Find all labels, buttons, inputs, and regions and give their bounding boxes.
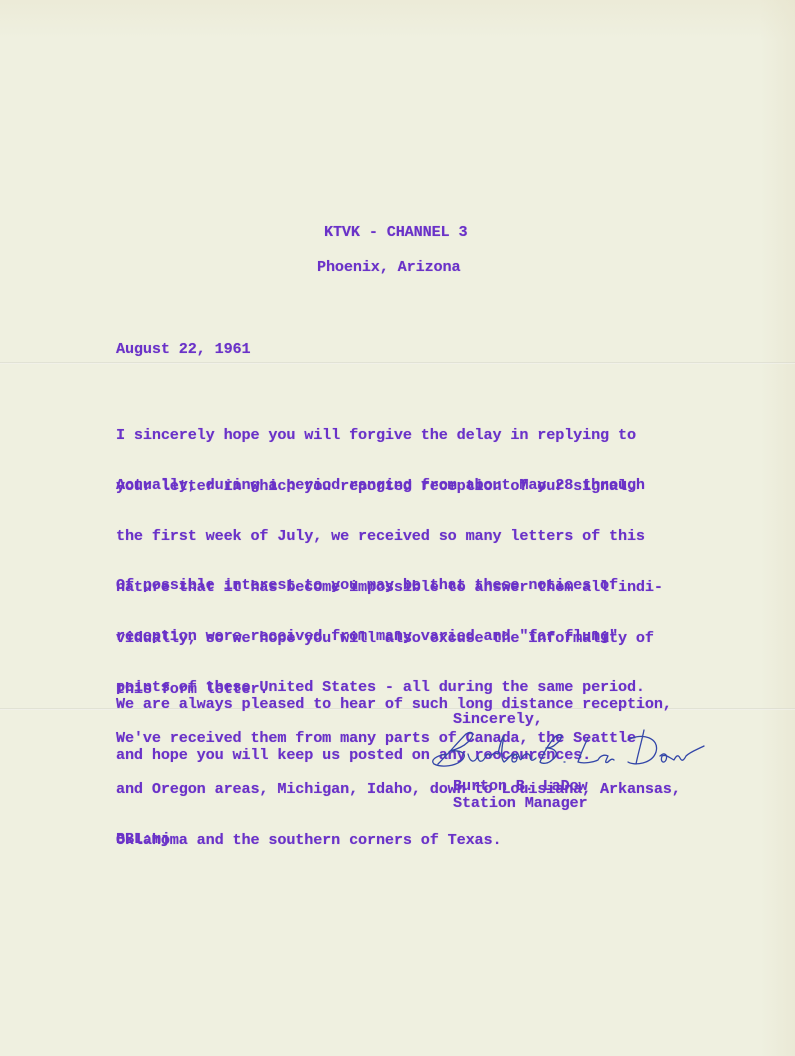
handwritten-signature: Burton B. La Dow (428, 724, 718, 780)
paragraph-line: Oklahoma and the southern corners of Tex… (116, 832, 681, 849)
paragraph-line: reception were received from many varied… (116, 628, 681, 645)
reference-initials: BBL:mj (116, 831, 170, 848)
paragraph-line: Of possible interest to you may be that … (116, 577, 681, 594)
paragraph-line: I sincerely hope you will forgive the de… (116, 427, 636, 444)
letterhead-station: KTVK - CHANNEL 3 (324, 224, 467, 241)
signer-title: Station Manager (453, 795, 587, 812)
paragraph-line: Actually, during a period ranging from a… (116, 477, 663, 494)
letterhead-location: Phoenix, Arizona (317, 259, 460, 276)
paper-fold-line (0, 362, 795, 364)
letter-date: August 22, 1961 (116, 341, 250, 358)
letter-page: KTVK - CHANNEL 3 Phoenix, Arizona August… (0, 0, 795, 1056)
signer-name: Burton B. LaDow (453, 778, 587, 795)
paragraph-line: We are always pleased to hear of such lo… (116, 696, 672, 713)
